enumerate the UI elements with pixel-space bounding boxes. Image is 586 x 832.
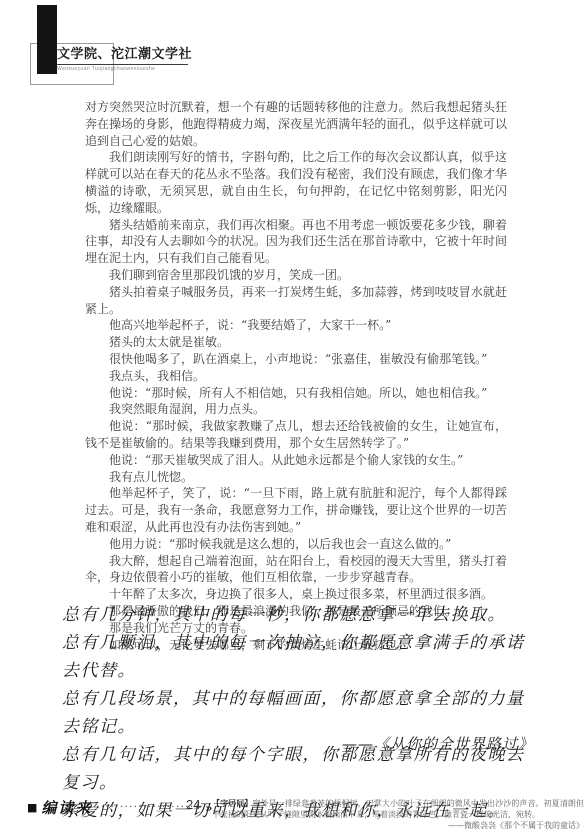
article-paragraph: 他说：“那天崔敏哭成了泪人。从此她永远都是个偷人家钱的女生。” bbox=[85, 452, 507, 469]
article-paragraph: 他说：“那时候，所有人不相信她，只有我相信她。所以，她也相信我。” bbox=[85, 385, 507, 402]
footer-section-title: 编读来 bbox=[41, 797, 92, 818]
article-paragraph: 猪头的太太就是崔敏。 bbox=[85, 334, 507, 351]
page-number: 24 bbox=[186, 797, 200, 812]
article-paragraph: 我有点儿恍惚。 bbox=[85, 469, 507, 486]
footer-excerpt-note: 【字居间】窗外是一排绿意葱茏的梧桐树，巴掌大小的叶子在细细的微风中发出沙沙的声音… bbox=[212, 798, 584, 831]
footer-excerpt-body: 窗外是一排绿意葱茏的梧桐树，巴掌大小的叶子在细细的微风中发出沙沙的声音。初夏清朗… bbox=[212, 799, 584, 819]
logo-black-bar bbox=[37, 5, 57, 74]
magazine-page: 文学院、沱江潮文学社 Wenxueyuan Tuojiangchaowenxue… bbox=[0, 0, 586, 832]
handwritten-quote-block: 总有几分钟，其中的每一秒，你都愿意拿一年去换取。总有几颗泪，其中的每一次抽泣，你… bbox=[62, 601, 534, 825]
organization-title: 文学院、沱江潮文学社 bbox=[57, 43, 188, 65]
footer-excerpt-attribution: ——微酸袅袅《那个不属于我的童话》 bbox=[212, 820, 584, 831]
article-paragraph: 我大醉，想起自己端着泡面，站在阳台上，看校园的漫天大雪里，猪头打着伞，身边依偎着… bbox=[85, 553, 507, 587]
article-paragraph: 我点头，我相信。 bbox=[85, 368, 507, 385]
article-paragraph: 他用力说：“那时候我就是这么想的，以后我也会一直这么做的。” bbox=[85, 536, 507, 553]
article-paragraph: 我突然眼角湿润，用力点头。 bbox=[85, 401, 507, 418]
article-paragraph: 他说：“那时候，我做家教赚了点儿，想去还给钱被偷的女生，让她宣布，钱不是崔敏偷的… bbox=[85, 418, 507, 452]
article-body: 对方突然哭泣时沉默着，想一个有趣的话题转移他的注意力。然后我想起猪头狂奔在操场的… bbox=[85, 99, 507, 653]
footer-excerpt-text: 【字居间】窗外是一排绿意葱茏的梧桐树，巴掌大小的叶子在细细的微风中发出沙沙的声音… bbox=[212, 798, 584, 820]
footer-excerpt-label: 【字居间】 bbox=[212, 798, 252, 808]
article-paragraph: 猪头结婚前来南京，我们再次相聚。再也不用考虑一顿饭要花多少钱，聊着往事，却没有人… bbox=[85, 217, 507, 267]
square-bullet-icon: ■ bbox=[27, 801, 37, 814]
quote-attribution: ——《从你的全世界路过》 bbox=[342, 733, 534, 754]
page-footer: ■ 编读来 ······················· » 24 【字居间】… bbox=[0, 795, 586, 832]
article-paragraph: 他高兴地举起杯子，说：“我要结婚了，大家干一杯。” bbox=[85, 317, 507, 334]
organization-subtitle-pinyin: Wenxueyuan Tuojiangchaowenxueshe bbox=[57, 66, 188, 72]
quote-line: 总有几分钟，其中的每一秒，你都愿意拿一年去换取。 bbox=[62, 601, 534, 629]
article-paragraph: 对方突然哭泣时沉默着，想一个有趣的话题转移他的注意力。然后我想起猪头狂奔在操场的… bbox=[85, 99, 507, 149]
article-paragraph: 我们聊到宿舍里那段饥饿的岁月，笑成一团。 bbox=[85, 267, 507, 284]
footer-section-marker: ■ 编读来 ······················· » bbox=[27, 797, 213, 818]
organization-header: 文学院、沱江潮文学社 Wenxueyuan Tuojiangchaowenxue… bbox=[57, 43, 188, 72]
quote-line: 总有几颗泪，其中的每一次抽泣，你都愿意拿满手的承诺去代替。 bbox=[62, 629, 534, 685]
article-paragraph: 猪头拍着桌子喊服务员，再来一打炭烤生蚝，多加蒜蓉，烤到吱吱冒水就赶紧上。 bbox=[85, 284, 507, 318]
article-paragraph: 他举起杯子，笑了，说：“一旦下雨，路上就有肮脏和泥泞，每个人都得踩过去。可是，我… bbox=[85, 485, 507, 535]
article-paragraph: 我们朗读刚写好的情书，字斟句酌，比之后工作的每次会议都认真，似乎这样就可以站在春… bbox=[85, 149, 507, 216]
article-paragraph: 很快他喝多了，趴在酒桌上，小声地说：“张嘉佳，崔敏没有偷那笔钱。” bbox=[85, 351, 507, 368]
